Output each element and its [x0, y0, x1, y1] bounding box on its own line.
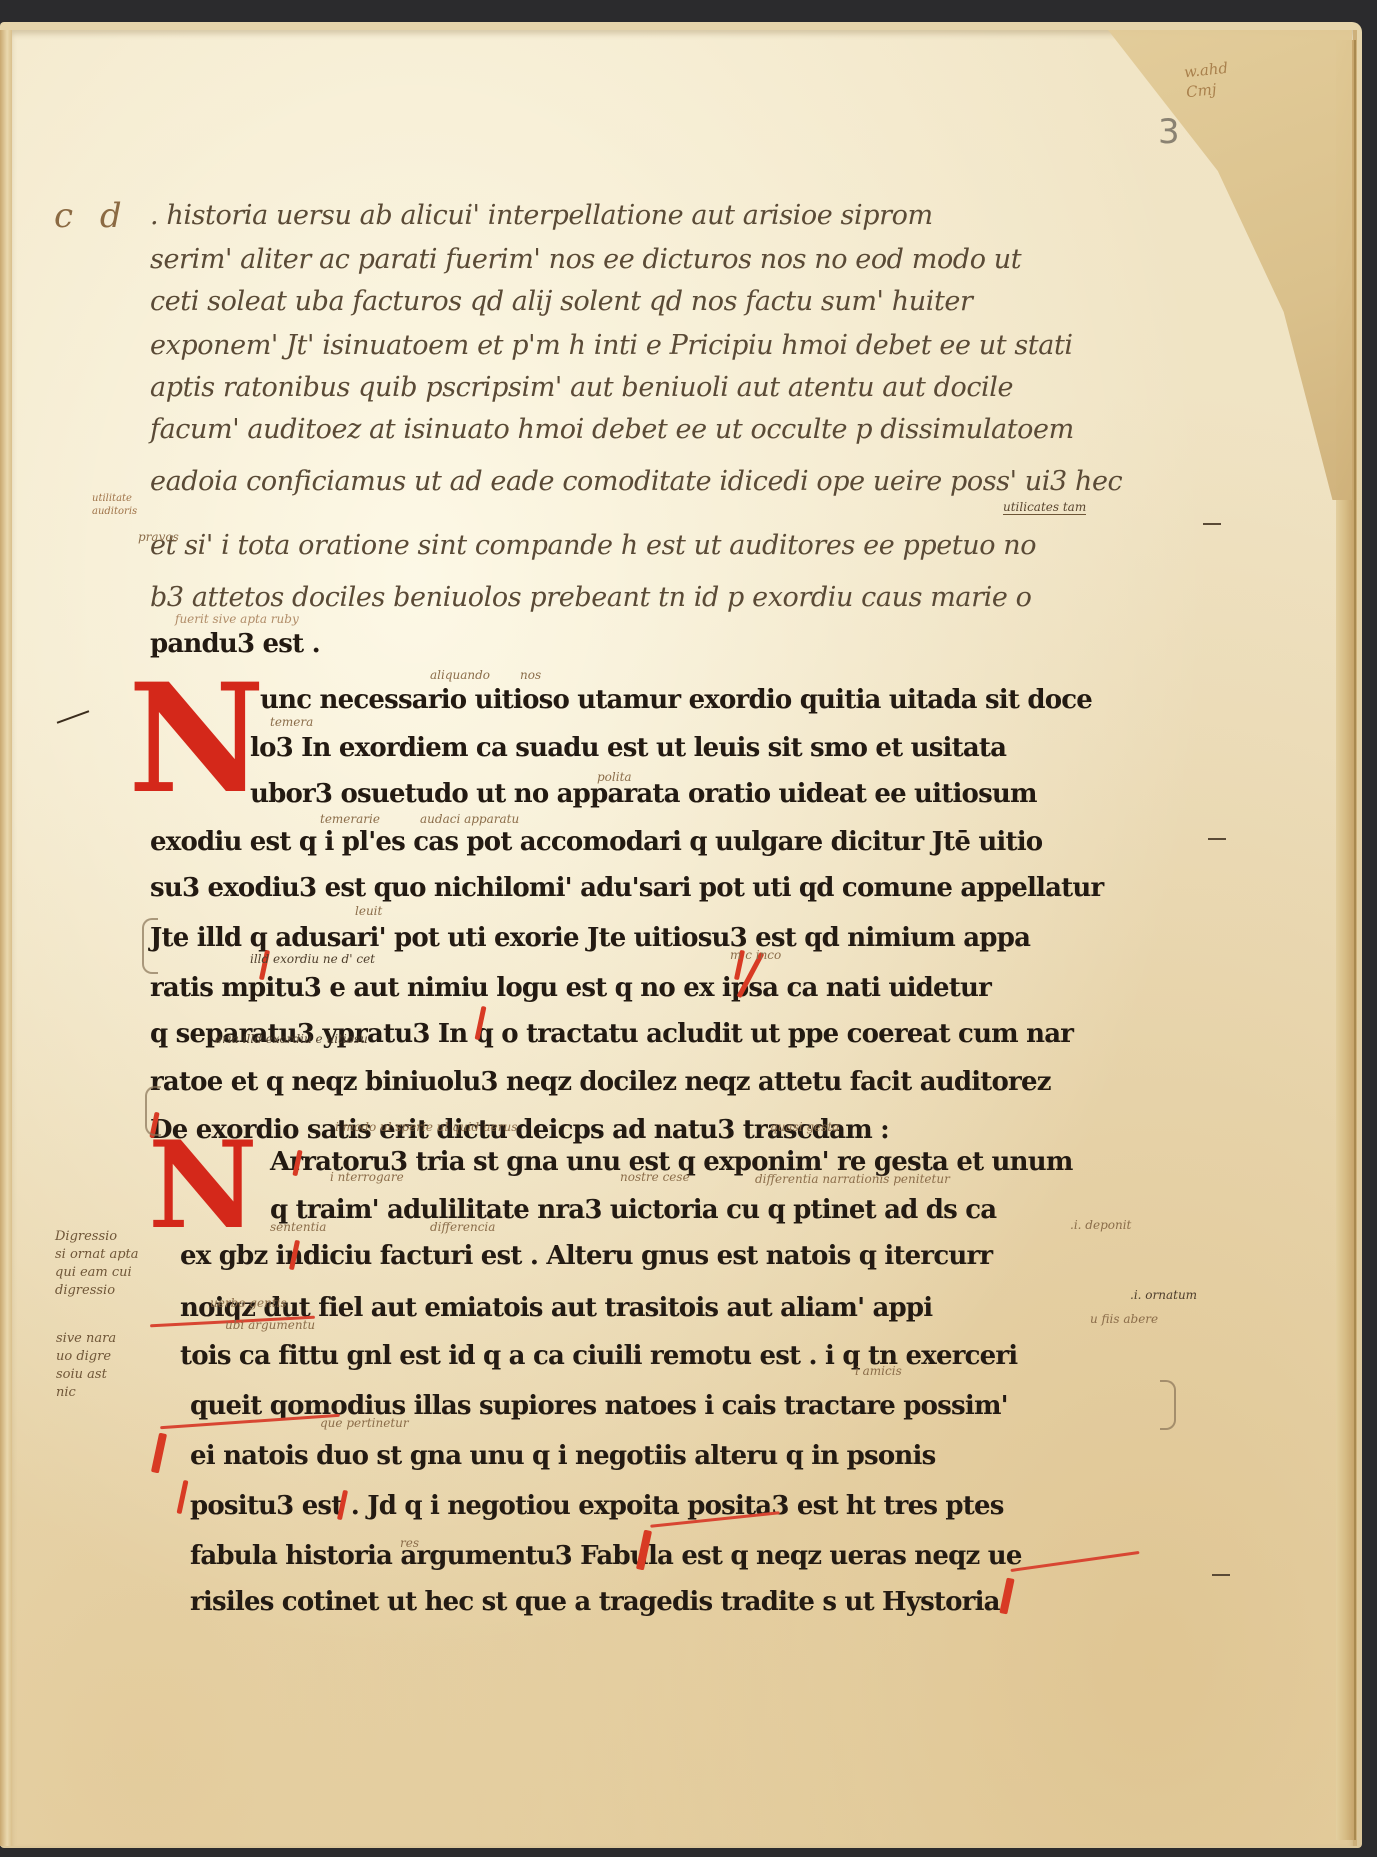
interlinear-gloss: polita — [597, 770, 632, 784]
interlinear-gloss: u fiis abere — [1090, 1312, 1158, 1326]
margin-note: sive nara uo digre soiu ast nic — [56, 1330, 116, 1402]
interlinear-gloss: leuit — [355, 904, 382, 918]
interlinear-gloss: audaci apparatu — [420, 812, 519, 826]
dash-mark — [1203, 523, 1221, 525]
dash-mark — [1212, 1574, 1230, 1576]
interlinear-gloss: differentia narrationis penitetur — [755, 1172, 950, 1186]
interlinear-gloss: .i. ornatum — [1130, 1288, 1197, 1302]
text-line: serim' aliter ac parati fuerim' nos ee d… — [150, 240, 1021, 280]
interlinear-gloss: illd exordiu ne d' cet — [250, 952, 375, 966]
text-line: facum' auditoez at isinuato hmoi debet e… — [150, 410, 1074, 450]
text-line: ceti soleat uba facturos qd alij solent … — [150, 282, 973, 322]
interlinear-gloss: i amicis — [855, 1364, 902, 1378]
bracket-mark — [1160, 1380, 1176, 1430]
bracket-mark — [142, 918, 158, 974]
interlinear-gloss: ubi argumentu — [225, 1318, 315, 1332]
shelfmark: c d — [54, 196, 130, 236]
folio-number: 3 — [1158, 112, 1180, 152]
interlinear-gloss: m c inco — [730, 948, 781, 962]
interlinear-gloss: nos — [520, 668, 541, 682]
text-line: unc necessario uitioso utamur exordio qu… — [260, 680, 1092, 720]
interlinear-gloss: aliquando — [430, 668, 490, 682]
interlinear-gloss: eria illd exordiu e uitiosu — [215, 1032, 368, 1046]
interlinear-gloss: .i. deponit — [1070, 1218, 1131, 1232]
text-line: exponem' Jt' isinuatoem et p'm h inti e … — [150, 326, 1073, 366]
corner-note: w.ahd Cmj — [1183, 58, 1231, 102]
interlinear-gloss: utilicates tam — [1003, 500, 1086, 515]
text-line: queit qomodius illas supiores natoes i c… — [190, 1386, 1008, 1426]
interlinear-gloss: quasi gesta — [770, 1120, 839, 1134]
text-line: positu3 est . Jd q i negotiou expoita po… — [190, 1486, 1004, 1526]
text-line: exodiu est q i pl'es cas pot accomodari … — [150, 822, 1042, 862]
text-line: . historia uersu ab alicui' interpellati… — [150, 196, 933, 236]
interlinear-gloss: pravos — [138, 530, 179, 544]
interlinear-gloss: temerarie — [320, 812, 380, 826]
text-line: ratis mpitu3 e aut nimiu logu est q no e… — [150, 968, 991, 1008]
interlinear-gloss: sententia — [270, 1220, 326, 1234]
bracket-mark — [145, 1086, 161, 1136]
interlinear-gloss: res — [400, 1536, 419, 1550]
text-line: pandu3 est . — [150, 624, 320, 664]
text-line: ratoe et q neqz biniuolu3 neqz docilez n… — [150, 1062, 1051, 1102]
text-line: q traim' adulilitate nra3 uictoria cu q … — [270, 1190, 996, 1230]
red-initial-n-1: N — [128, 664, 265, 814]
interlinear-gloss: nostre cese — [620, 1170, 690, 1184]
text-line: su3 exodiu3 est quo nichilomi' adu'sari … — [150, 868, 1103, 908]
text-line: ex gbz indiciu facturi est . Alteru gnus… — [180, 1236, 992, 1276]
margin-note: Digressio si ornat apta qui eam cui digr… — [55, 1228, 139, 1300]
text-line: ubor3 osuetudo ut no apparata oratio uid… — [250, 774, 1037, 814]
text-line: eadoia conficiamus ut ad eade comoditate… — [150, 462, 1122, 502]
interlinear-gloss: differencia — [430, 1220, 495, 1234]
interlinear-gloss: que pertinetur — [320, 1416, 409, 1430]
interlinear-gloss: i nterrogare — [330, 1170, 404, 1184]
interlinear-gloss: uerbo gentis — [210, 1296, 287, 1310]
text-line: lo3 In exordiem ca suadu est ut leuis si… — [250, 728, 1006, 768]
text-line: ei natois duo st gna unu q i negotiis al… — [190, 1436, 935, 1476]
margin-note: utilitate auditoris — [92, 492, 137, 518]
text-line: et si' i tota oratione sint compande h e… — [150, 526, 1036, 566]
text-line: aptis ratonibus quib pscripsim' aut beni… — [150, 368, 1013, 408]
left-page-edge — [0, 30, 12, 1846]
interlinear-gloss: temera — [270, 715, 313, 729]
dash-mark — [1208, 838, 1226, 840]
interlinear-gloss: fuerit sive apta ruby — [175, 612, 299, 626]
interlinear-gloss: i modo ul sperie ul quid uerus — [335, 1120, 517, 1134]
text-line: risiles cotinet ut hec st que a tragedis… — [190, 1582, 1000, 1622]
text-line: fabula historia argumentu3 Fabula est q … — [190, 1536, 1022, 1576]
